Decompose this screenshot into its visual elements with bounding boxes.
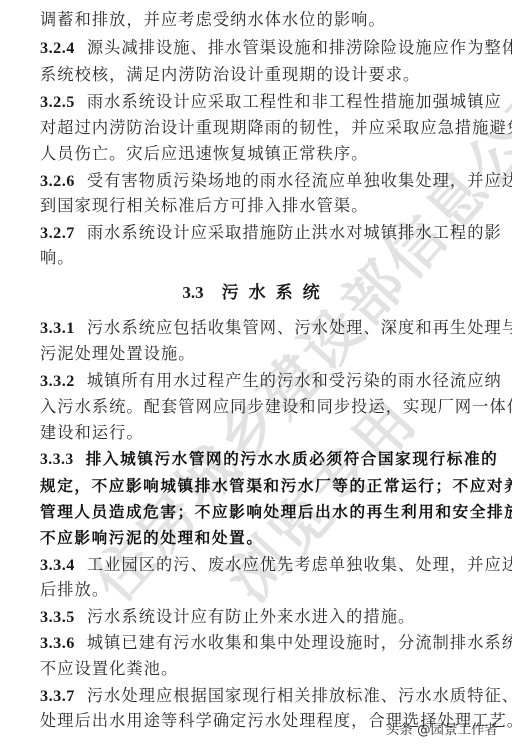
clause-text: 污水系统应包括收集管网、污水处理、深度和再生处理与: [87, 318, 512, 337]
clause-3-3-7-line-1: 3.3.7污水处理应根据国家现行相关排放标准、污水水质特征、: [40, 686, 492, 706]
clause-3-2-5-line-1: 3.2.5雨水系统设计应采取工程性和非工程性措施加强城镇应: [40, 92, 492, 112]
clause-number: 3.2.7: [40, 224, 75, 242]
section-heading: 3.3污水系统: [0, 283, 512, 303]
clause-text: 污水处理应根据国家现行相关排放标准、污水水质特征、: [87, 686, 512, 705]
clause-3-3-1-line-2: 污泥处理处置设施。: [40, 344, 492, 364]
clause-3-3-2-line-1: 3.3.2城镇所有用水过程产生的污水和受污染的雨水径流应纳: [40, 371, 492, 391]
clause-3-3-3-line-2: 规定，不应影响城镇排水管渠和污水厂等的正常运行；不应对养护: [40, 476, 492, 496]
clause-number: 3.2.6: [40, 172, 75, 190]
clause-text: 雨水系统设计应采取措施防止洪水对城镇排水工程的影: [87, 223, 502, 242]
clause-text: 工业园区的污、废水应优先考虑单独收集、处理，并应达标: [87, 555, 512, 574]
clause-3-3-2-line-3: 建设和运行。: [40, 423, 492, 443]
clause-text: 污水系统设计应有防止外来水进入的措施。: [87, 607, 415, 626]
clause-number: 3.3.7: [40, 687, 75, 705]
clause-3-2-4-line-1: 3.2.4源头减排设施、排水管渠设施和排涝除险设施应作为整体: [40, 38, 492, 58]
clause-3-2-6-line-1: 3.2.6受有害物质污染场地的雨水径流应单独收集处理，并应达: [40, 171, 492, 191]
section-title: 污水系统: [222, 283, 330, 303]
clause-text: 城镇已建有污水收集和集中处理设施时，分流制排水系统: [87, 633, 512, 652]
source-credit: 头条 @园景工作者: [386, 718, 498, 738]
section-number: 3.3: [182, 283, 203, 302]
clause-text: 受有害物质污染场地的雨水径流应单独收集处理，并应达: [87, 171, 512, 190]
clause-3-2-4-line-2: 系统校核，满足内涝防治设计重现期的设计要求。: [40, 65, 492, 85]
clause-number: 3.3.5: [40, 608, 75, 626]
clause-text: 雨水系统设计应采取工程性和非工程性措施加强城镇应: [87, 92, 502, 111]
clause-3-3-2-line-2: 入污水系统。配套管网应同步建设和同步投运，实现厂网一体化: [40, 397, 492, 417]
clause-text: 排入城镇污水管网的污水水质必须符合国家现行标准的: [86, 450, 499, 468]
clause-number: 3.3.1: [40, 319, 75, 337]
document-page: 住房城乡建设部信息公开 浏览专用 调蓄和排放，并应考虑受纳水体水位的影响。 3.…: [0, 0, 512, 746]
clause-number: 3.3.4: [40, 556, 75, 574]
clause-3-3-5-line-1: 3.3.5污水系统设计应有防止外来水进入的措施。: [40, 607, 492, 627]
clause-3-3-6-line-2: 不应设置化粪池。: [40, 659, 492, 679]
paragraph-continuation: 调蓄和排放，并应考虑受纳水体水位的影响。: [40, 10, 492, 30]
clause-3-3-1-line-1: 3.3.1污水系统应包括收集管网、污水处理、深度和再生处理与: [40, 318, 492, 338]
clause-3-3-6-line-1: 3.3.6城镇已建有污水收集和集中处理设施时，分流制排水系统: [40, 633, 492, 653]
clause-number: 3.2.5: [40, 93, 75, 111]
clause-3-3-4-line-2: 后排放。: [40, 580, 492, 600]
clause-3-3-3-line-4: 不应影响污泥的处理和处置。: [40, 528, 492, 548]
clause-3-3-3-line-1: 3.3.3排入城镇污水管网的污水水质必须符合国家现行标准的: [40, 449, 492, 469]
clause-3-2-7-line-2: 响。: [40, 248, 492, 268]
clause-number: 3.3.6: [40, 634, 75, 652]
clause-3-2-7-line-1: 3.2.7雨水系统设计应采取措施防止洪水对城镇排水工程的影: [40, 223, 492, 243]
clause-3-3-3-line-3: 管理人员造成危害；不应影响处理后出水的再生利用和安全排放；: [40, 502, 492, 522]
clause-3-2-6-line-2: 到国家现行相关标准后方可排入排水管渠。: [40, 196, 492, 216]
clause-text: 城镇所有用水过程产生的污水和受污染的雨水径流应纳: [87, 371, 502, 390]
clause-number: 3.2.4: [40, 39, 75, 57]
clause-3-2-5-line-3: 人员伤亡。灾后应迅速恢复城镇正常秩序。: [40, 144, 492, 164]
clause-number: 3.3.2: [40, 372, 75, 390]
clause-number: 3.3.3: [40, 451, 74, 468]
clause-3-3-4-line-1: 3.3.4工业园区的污、废水应优先考虑单独收集、处理，并应达标: [40, 555, 492, 575]
clause-text: 源头减排设施、排水管渠设施和排涝除险设施应作为整体: [87, 38, 512, 57]
clause-3-2-5-line-2: 对超过内涝防治设计重现期降雨的韧性，并应采取应急措施避免: [40, 118, 492, 138]
